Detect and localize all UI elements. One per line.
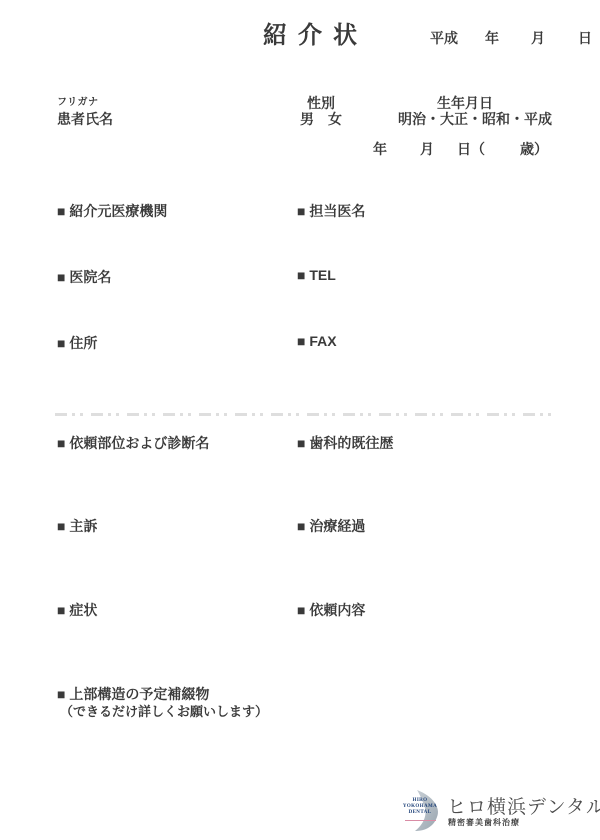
field-label-dental-history: ■ 歯科的既往歴: [297, 433, 393, 453]
logo-mark-text: HIRO YOKOHAMA DENTAL: [400, 798, 440, 816]
birth-month-label: 月: [420, 139, 434, 159]
dashed-divider: [55, 413, 557, 416]
clinic-name: ヒロ横浜デンタル: [447, 792, 600, 819]
field-label-referring-institution: ■ 紹介元医療機関: [57, 201, 167, 221]
date-month-label: 月: [531, 28, 545, 48]
date-line: 平成 年 月 日: [430, 28, 592, 48]
date-year-label: 年: [485, 28, 499, 48]
clinic-tagline: 精密審美歯科治療: [448, 817, 520, 828]
birthdate-line: 年 月 日（ 歳）: [373, 139, 548, 159]
gender-options: 男 女: [300, 109, 342, 129]
date-day-label: 日: [578, 28, 592, 48]
field-label-address: ■ 住所: [57, 333, 97, 353]
prosthesis-note: （できるだけ詳しくお願いします）: [60, 701, 268, 720]
field-label-treatment-progress: ■ 治療経過: [297, 516, 365, 536]
field-label-request-details: ■ 依頼内容: [297, 600, 365, 620]
field-label-tel: ■ TEL: [297, 267, 336, 283]
field-label-symptoms: ■ 症状: [57, 600, 97, 620]
furigana-label: フリガナ: [57, 93, 99, 108]
era-options: 明治・大正・昭和・平成: [398, 109, 552, 129]
field-label-chief-complaint: ■ 主訴: [57, 516, 97, 536]
referral-form-page: 紹介状 平成 年 月 日 フリガナ 患者氏名 性別 男 女 生年月日 明治・大正…: [0, 0, 600, 840]
field-label-fax: ■ FAX: [297, 333, 337, 349]
page-title: 紹介状: [263, 15, 368, 50]
birth-year-label: 年: [373, 139, 387, 159]
logo-mark-line3: DENTAL: [400, 810, 440, 816]
field-label-request-site-diagnosis: ■ 依頼部位および診断名: [57, 433, 209, 453]
clinic-logo: HIRO YOKOHAMA DENTAL ヒロ横浜デンタル 精密審美歯科治療: [400, 788, 590, 836]
patient-name-label: 患者氏名: [57, 109, 113, 129]
logo-crescent-icon: HIRO YOKOHAMA DENTAL: [400, 789, 442, 832]
birth-age-label: 歳）: [520, 139, 548, 159]
birth-day-label: 日（: [457, 139, 485, 159]
field-label-clinic-name: ■ 医院名: [57, 267, 111, 287]
date-era-label: 平成: [430, 28, 458, 48]
logo-underline: [405, 820, 436, 821]
field-label-doctor-name: ■ 担当医名: [297, 201, 365, 221]
